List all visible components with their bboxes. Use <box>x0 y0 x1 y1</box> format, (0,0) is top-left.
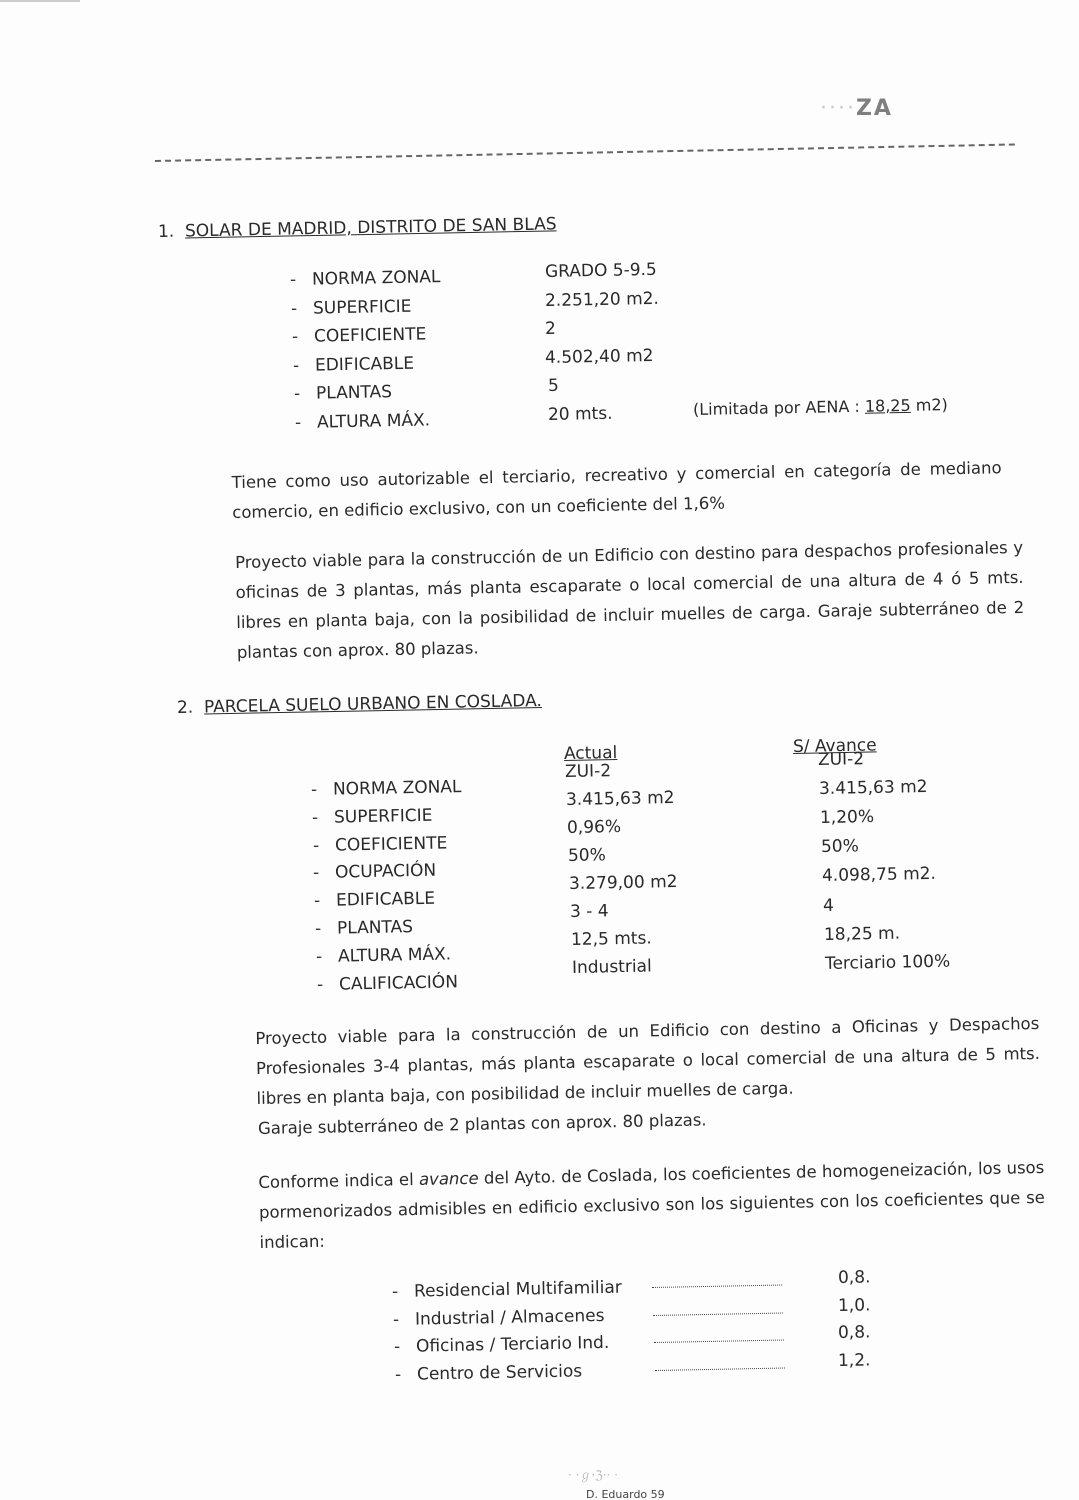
spec-label-text: CALIFICACIÓN <box>338 972 457 994</box>
spec-label-text: EDIFICABLE <box>336 889 435 911</box>
section2-number: 2. <box>177 698 194 718</box>
bullet-dash: - <box>295 412 317 432</box>
section1-heading: 1. SOLAR DE MADRID, DISTRITO DE SAN BLAS <box>158 214 557 242</box>
spec-label-text: SUPERFICIE <box>313 296 412 318</box>
coefficient-value: 1,2. <box>838 1350 871 1371</box>
dot-leader <box>655 1367 785 1370</box>
logo-faint-text: ···· <box>820 96 856 121</box>
spec-label: -PLANTAS <box>294 382 392 404</box>
coefficient-row: -Centro de Servicios <box>395 1357 785 1384</box>
dot-leader <box>652 1285 782 1288</box>
bullet-dash: - <box>294 384 316 404</box>
spec-label: -NORMA ZONAL <box>311 777 462 800</box>
section2-title: PARCELA SUELO URBANO EN COSLADA. <box>204 691 542 717</box>
spec-label-text: SUPERFICIE <box>334 805 433 827</box>
spec-value: 5 <box>548 376 559 396</box>
spec-label-text: NORMA ZONAL <box>333 777 462 799</box>
spec-label-text: OCUPACIÓN <box>335 861 437 883</box>
header-divider <box>155 143 1015 162</box>
spec-value: 4.502,40 m2 <box>545 345 654 367</box>
bullet-dash: - <box>314 891 336 911</box>
spec-label: -CALIFICACIÓN <box>316 972 457 995</box>
bullet-dash: - <box>316 974 338 994</box>
spec-label: -PLANTAS <box>315 917 413 939</box>
para2-emphasis: avance <box>419 1169 479 1189</box>
bullet-dash: - <box>392 1282 414 1302</box>
section1-number: 1. <box>158 222 175 242</box>
bullet-dash: - <box>393 1309 415 1329</box>
spec-value: 20 mts. <box>548 403 613 424</box>
coefficient-label: Residencial Multifamiliar <box>414 1277 638 1301</box>
footer-address: D. Eduardo 59 <box>586 1488 665 1500</box>
coefficient-row: -Industrial / Almacenes <box>393 1302 783 1329</box>
spec-avance: 18,25 m. <box>824 924 900 945</box>
note-value: 18,25 <box>865 396 911 416</box>
spec-actual: ZUI-2 <box>565 761 611 782</box>
scan-edge-mark <box>0 0 80 2</box>
bullet-dash: - <box>395 1364 417 1384</box>
coefficient-label: Oficinas / Terciario Ind. <box>416 1332 640 1356</box>
spec-actual: 50% <box>568 845 606 866</box>
company-logo: ····ZA <box>820 96 893 121</box>
para2-pre: Conforme indica el <box>258 1170 419 1192</box>
coefficient-label: Industrial / Almacenes <box>415 1305 639 1329</box>
spec-label: -EDIFICABLE <box>293 353 414 375</box>
spec-avance: 4 <box>823 896 834 916</box>
spec-avance: ZUI-2 <box>818 749 864 770</box>
bullet-dash: - <box>316 946 338 966</box>
coefficient-value: 0,8. <box>838 1267 871 1288</box>
spec-avance: 50% <box>821 836 859 857</box>
bullet-dash: - <box>290 270 312 290</box>
spec-label-text: PLANTAS <box>337 917 413 938</box>
spec-avance: 4.098,75 m2. <box>822 864 936 886</box>
note-suffix: m2) <box>910 395 947 415</box>
bullet-dash: - <box>312 835 334 855</box>
section1-paragraph-2: Proyecto viable para la construcción de … <box>235 533 1025 668</box>
spec-value: GRADO 5-9.5 <box>545 260 657 282</box>
spec-actual: 12,5 mts. <box>571 928 652 950</box>
spec-avance: 3.415,63 m2 <box>819 777 928 799</box>
coefficient-row: -Residencial Multifamiliar <box>392 1275 782 1302</box>
dot-leader <box>653 1312 783 1315</box>
spec-label: -OCUPACIÓN <box>313 861 437 883</box>
spec-label: -COEFICIENTE <box>312 833 447 856</box>
section1-title: SOLAR DE MADRID, DISTRITO DE SAN BLAS <box>185 214 557 241</box>
spec-actual: 0,96% <box>567 817 621 838</box>
bullet-dash: - <box>313 863 335 883</box>
spec-actual: Industrial <box>572 956 652 978</box>
coefficient-value: 1,0. <box>838 1295 871 1316</box>
section2-paragraph-2: Conforme indica el avance del Ayto. de C… <box>258 1153 1046 1258</box>
spec-actual: 3.279,00 m2 <box>569 872 678 894</box>
spec-label: -NORMA ZONAL <box>290 267 441 290</box>
bullet-dash: - <box>293 355 315 375</box>
coefficient-value: 0,8. <box>838 1322 871 1343</box>
logo-text: ZA <box>856 96 893 121</box>
bullet-dash: - <box>312 807 334 827</box>
spec-value: 2.251,20 m2. <box>545 288 659 310</box>
bullet-dash: - <box>291 298 313 318</box>
altura-note: (Limitada por AENA : 18,25 m2) <box>693 395 948 419</box>
section2-heading: 2. PARCELA SUELO URBANO EN COSLADA. <box>177 691 542 718</box>
spec-label-text: ALTURA MÁX. <box>338 944 451 966</box>
coefficient-row: -Oficinas / Terciario Ind. <box>394 1330 784 1357</box>
section1-paragraph-1: Tiene como uso autorizable el terciario,… <box>231 453 1002 528</box>
spec-value: 2 <box>545 319 556 339</box>
coefficient-label: Centro de Servicios <box>417 1360 641 1384</box>
spec-actual: 3 - 4 <box>570 901 609 922</box>
spec-label: -SUPERFICIE <box>312 805 433 827</box>
spec-label-text: NORMA ZONAL <box>312 267 441 289</box>
bullet-dash: - <box>315 919 337 939</box>
spec-label: -ALTURA MÁX. <box>316 944 451 967</box>
note-prefix: (Limitada por AENA : <box>693 397 865 419</box>
spec-actual: 3.415,63 m2 <box>566 788 675 810</box>
spec-label-text: COEFICIENTE <box>314 324 427 346</box>
spec-avance: Terciario 100% <box>825 952 951 974</box>
section2-paragraph-1: Proyecto viable para la construcción de … <box>255 1009 1041 1114</box>
spec-label-text: PLANTAS <box>316 382 392 403</box>
dot-leader <box>654 1340 784 1343</box>
spec-label-text: ALTURA MÁX. <box>317 410 430 432</box>
spec-label: -SUPERFICIE <box>291 296 412 318</box>
spec-label: -COEFICIENTE <box>292 324 427 347</box>
spec-label-text: EDIFICABLE <box>315 353 414 375</box>
bullet-dash: - <box>292 327 314 347</box>
spec-avance: 1,20% <box>820 807 874 828</box>
bullet-dash: - <box>394 1337 416 1357</box>
footer-stamp: · ·ℊ·ℨ·· · <box>568 1466 618 1483</box>
spec-label-text: COEFICIENTE <box>334 833 447 855</box>
spec-label: -ALTURA MÁX. <box>295 410 430 433</box>
bullet-dash: - <box>311 780 333 800</box>
spec-label: -EDIFICABLE <box>314 889 435 911</box>
